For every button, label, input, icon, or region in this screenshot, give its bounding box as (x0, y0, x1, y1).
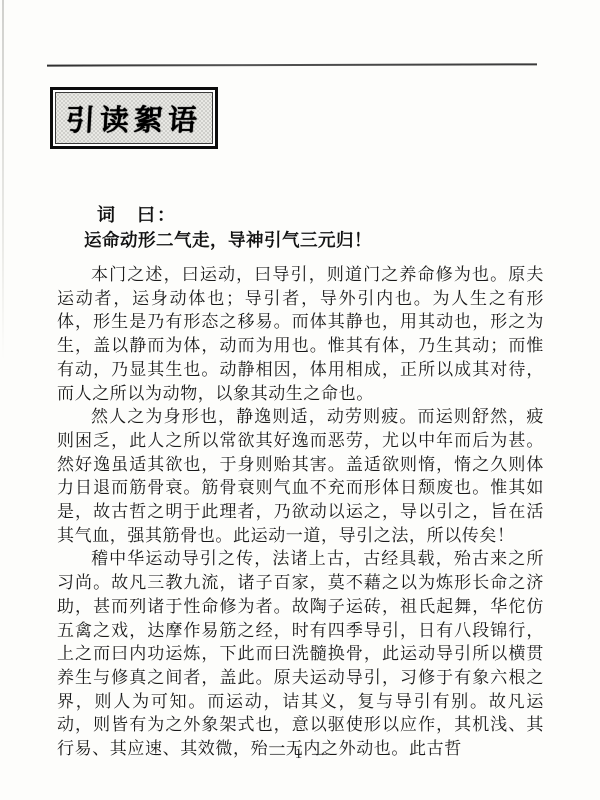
verse-label: 词 曰： (97, 201, 177, 227)
paragraph-2: 然人之为身形也，静逸则适，动劳则疲。而运则舒然，疲则困乏，此人之所以常欲其好逸而… (57, 405, 544, 547)
chapter-title-box: 引读絮语 (50, 87, 218, 149)
scan-artifact-left-edge (2, 0, 4, 360)
chapter-title-halftone: 引读絮语 (55, 92, 213, 144)
paragraph-3: 稽中华运动导引之传，法诸上古，古经具载，殆古来之所习尚。故凡三教九流，诸子百家，… (57, 547, 544, 760)
scanned-book-page: 引读絮语 词 曰： 运命动形二气走，导神引气三元归！ 本门之述，曰运动，曰导引，… (0, 0, 600, 800)
paragraph-1: 本门之述，曰运动，曰导引，则道门之养命修为也。原夫运动者，运身动体也；导引者，导… (57, 263, 544, 405)
page-number: — 1 — (0, 746, 600, 763)
verse-line: 运命动形二气走，导神引气三元归！ (84, 227, 372, 252)
body-text-block: 本门之述，曰运动，曰导引，则道门之养命修为也。原夫运动者，运身动体也；导引者，导… (57, 263, 544, 761)
header-rule (47, 63, 537, 66)
chapter-title: 引读絮语 (65, 98, 203, 139)
